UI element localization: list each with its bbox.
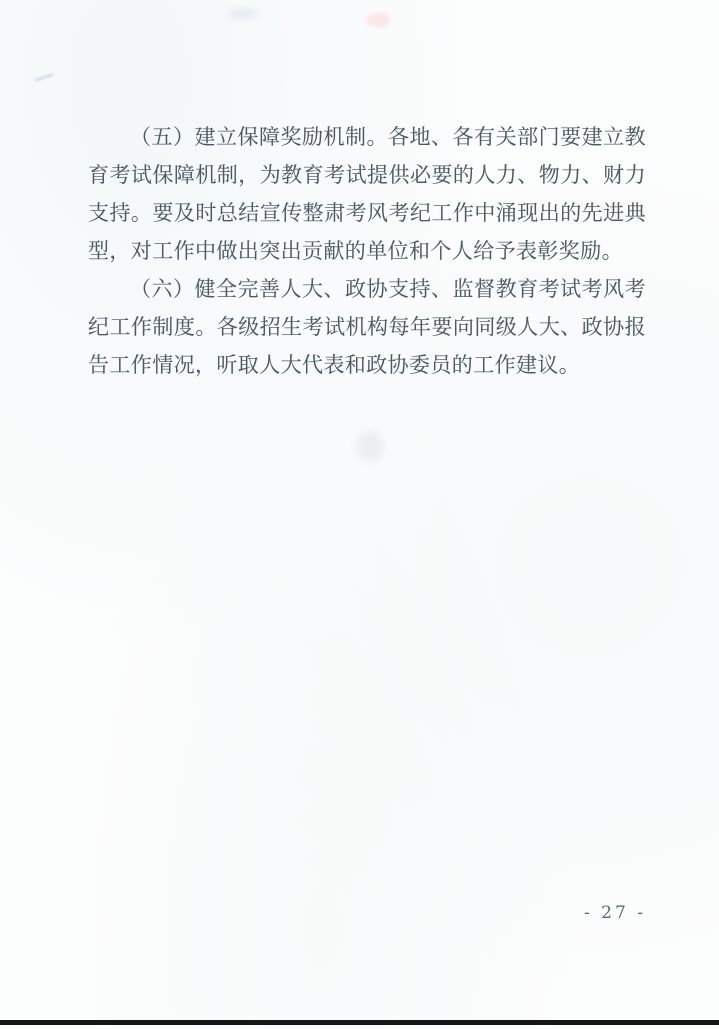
document-body: （五）建立保障奖励机制。各地、各有关部门要建立教育考试保障机制，为教育考试提供必… bbox=[88, 118, 646, 384]
scan-bottom-edge bbox=[0, 1020, 719, 1025]
scan-smudge-top-left bbox=[34, 73, 54, 82]
paragraph-item-6: （六）健全完善人大、政协支持、监督教育考试考风考纪工作制度。各级招生考试机构每年… bbox=[88, 270, 646, 384]
page-number: - 27 - bbox=[560, 903, 670, 923]
document-page: （五）建立保障奖励机制。各地、各有关部门要建立教育考试保障机制，为教育考试提供必… bbox=[0, 0, 719, 1029]
paragraph-item-5: （五）建立保障奖励机制。各地、各有关部门要建立教育考试保障机制，为教育考试提供必… bbox=[88, 118, 646, 270]
scan-smudge-top-center bbox=[228, 8, 258, 20]
scan-smudge-top-right bbox=[366, 13, 390, 27]
scan-smudge-middle bbox=[356, 430, 384, 462]
